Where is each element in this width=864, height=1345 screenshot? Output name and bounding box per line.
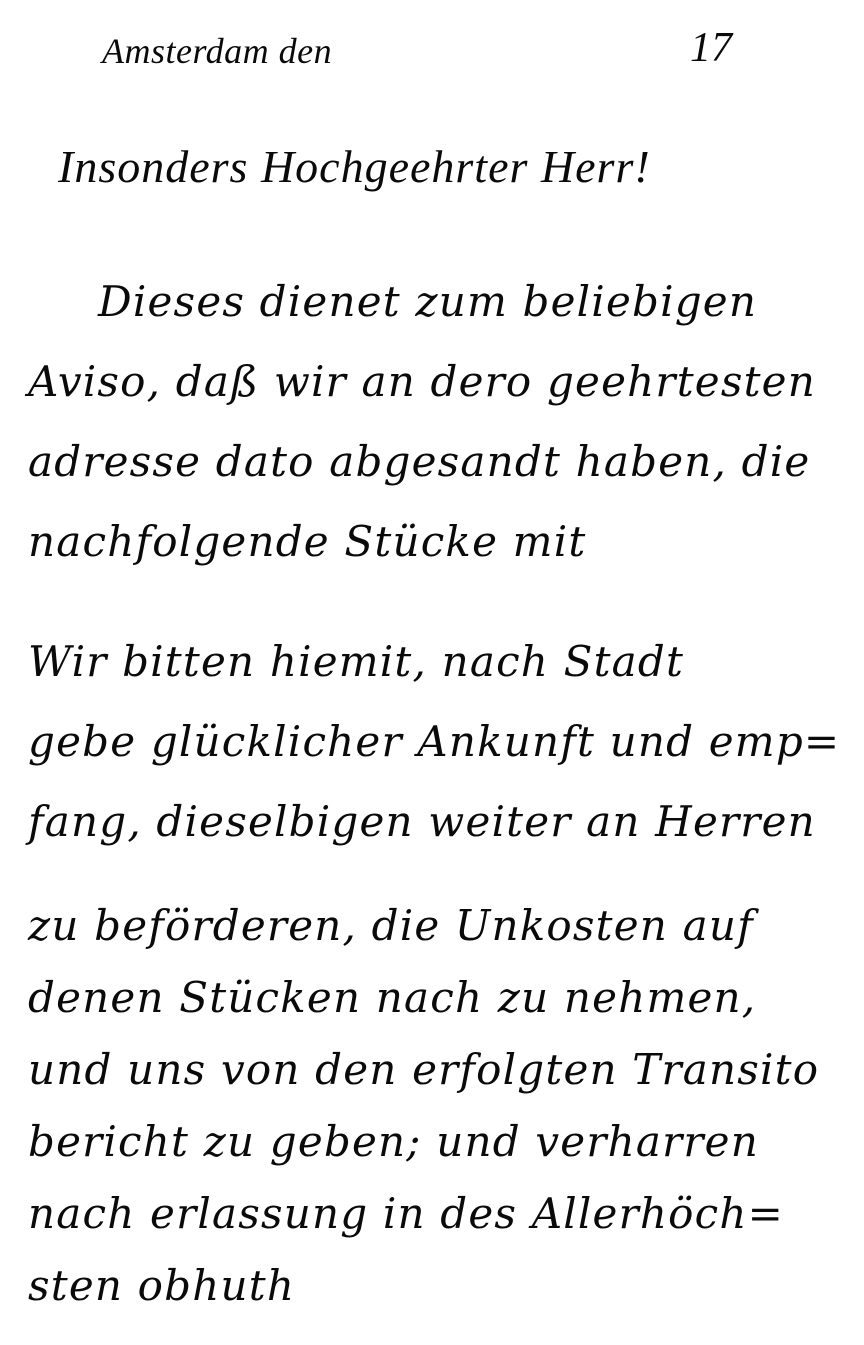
place-and-date-line: Amsterdam den xyxy=(102,30,332,72)
text-line: fang, dieselbigen weiter an Herren xyxy=(28,782,828,862)
text-line: sten obhuth xyxy=(28,1250,828,1322)
year-number: 17 xyxy=(690,24,732,72)
paragraph-1: Dieses dienet zum beliebigen Aviso, daß … xyxy=(28,262,828,582)
text-line: Aviso, daß wir an dero geehrtesten xyxy=(28,342,828,422)
text-line: nachfolgende Stücke mit xyxy=(28,502,828,582)
text-line: Wir bitten hiemit, nach Stadt xyxy=(28,622,828,702)
text-line: und uns von den erfolgten Transito xyxy=(28,1034,828,1106)
text-line: gebe glücklicher Ankunft und emp= xyxy=(28,702,828,782)
text-line: adresse dato abgesandt haben, die xyxy=(28,422,828,502)
text-line: zu beförderen, die Unkosten auf xyxy=(28,890,828,962)
text-line: bericht zu geben; und verharren xyxy=(28,1106,828,1178)
letter-header: Amsterdam den 17 xyxy=(102,30,762,90)
paragraph-2: Wir bitten hiemit, nach Stadt gebe glück… xyxy=(28,622,828,862)
letter-page: Amsterdam den 17 Insonders Hochgeehrter … xyxy=(0,0,864,1345)
text-line: denen Stücken nach zu nehmen, xyxy=(28,962,828,1034)
salutation: Insonders Hochgeehrter Herr! xyxy=(58,140,651,193)
text-line: nach erlassung in des Allerhöch= xyxy=(28,1178,828,1250)
paragraph-3: zu beförderen, die Unkosten auf denen St… xyxy=(28,890,828,1322)
text-line: Dieses dienet zum beliebigen xyxy=(28,262,828,342)
